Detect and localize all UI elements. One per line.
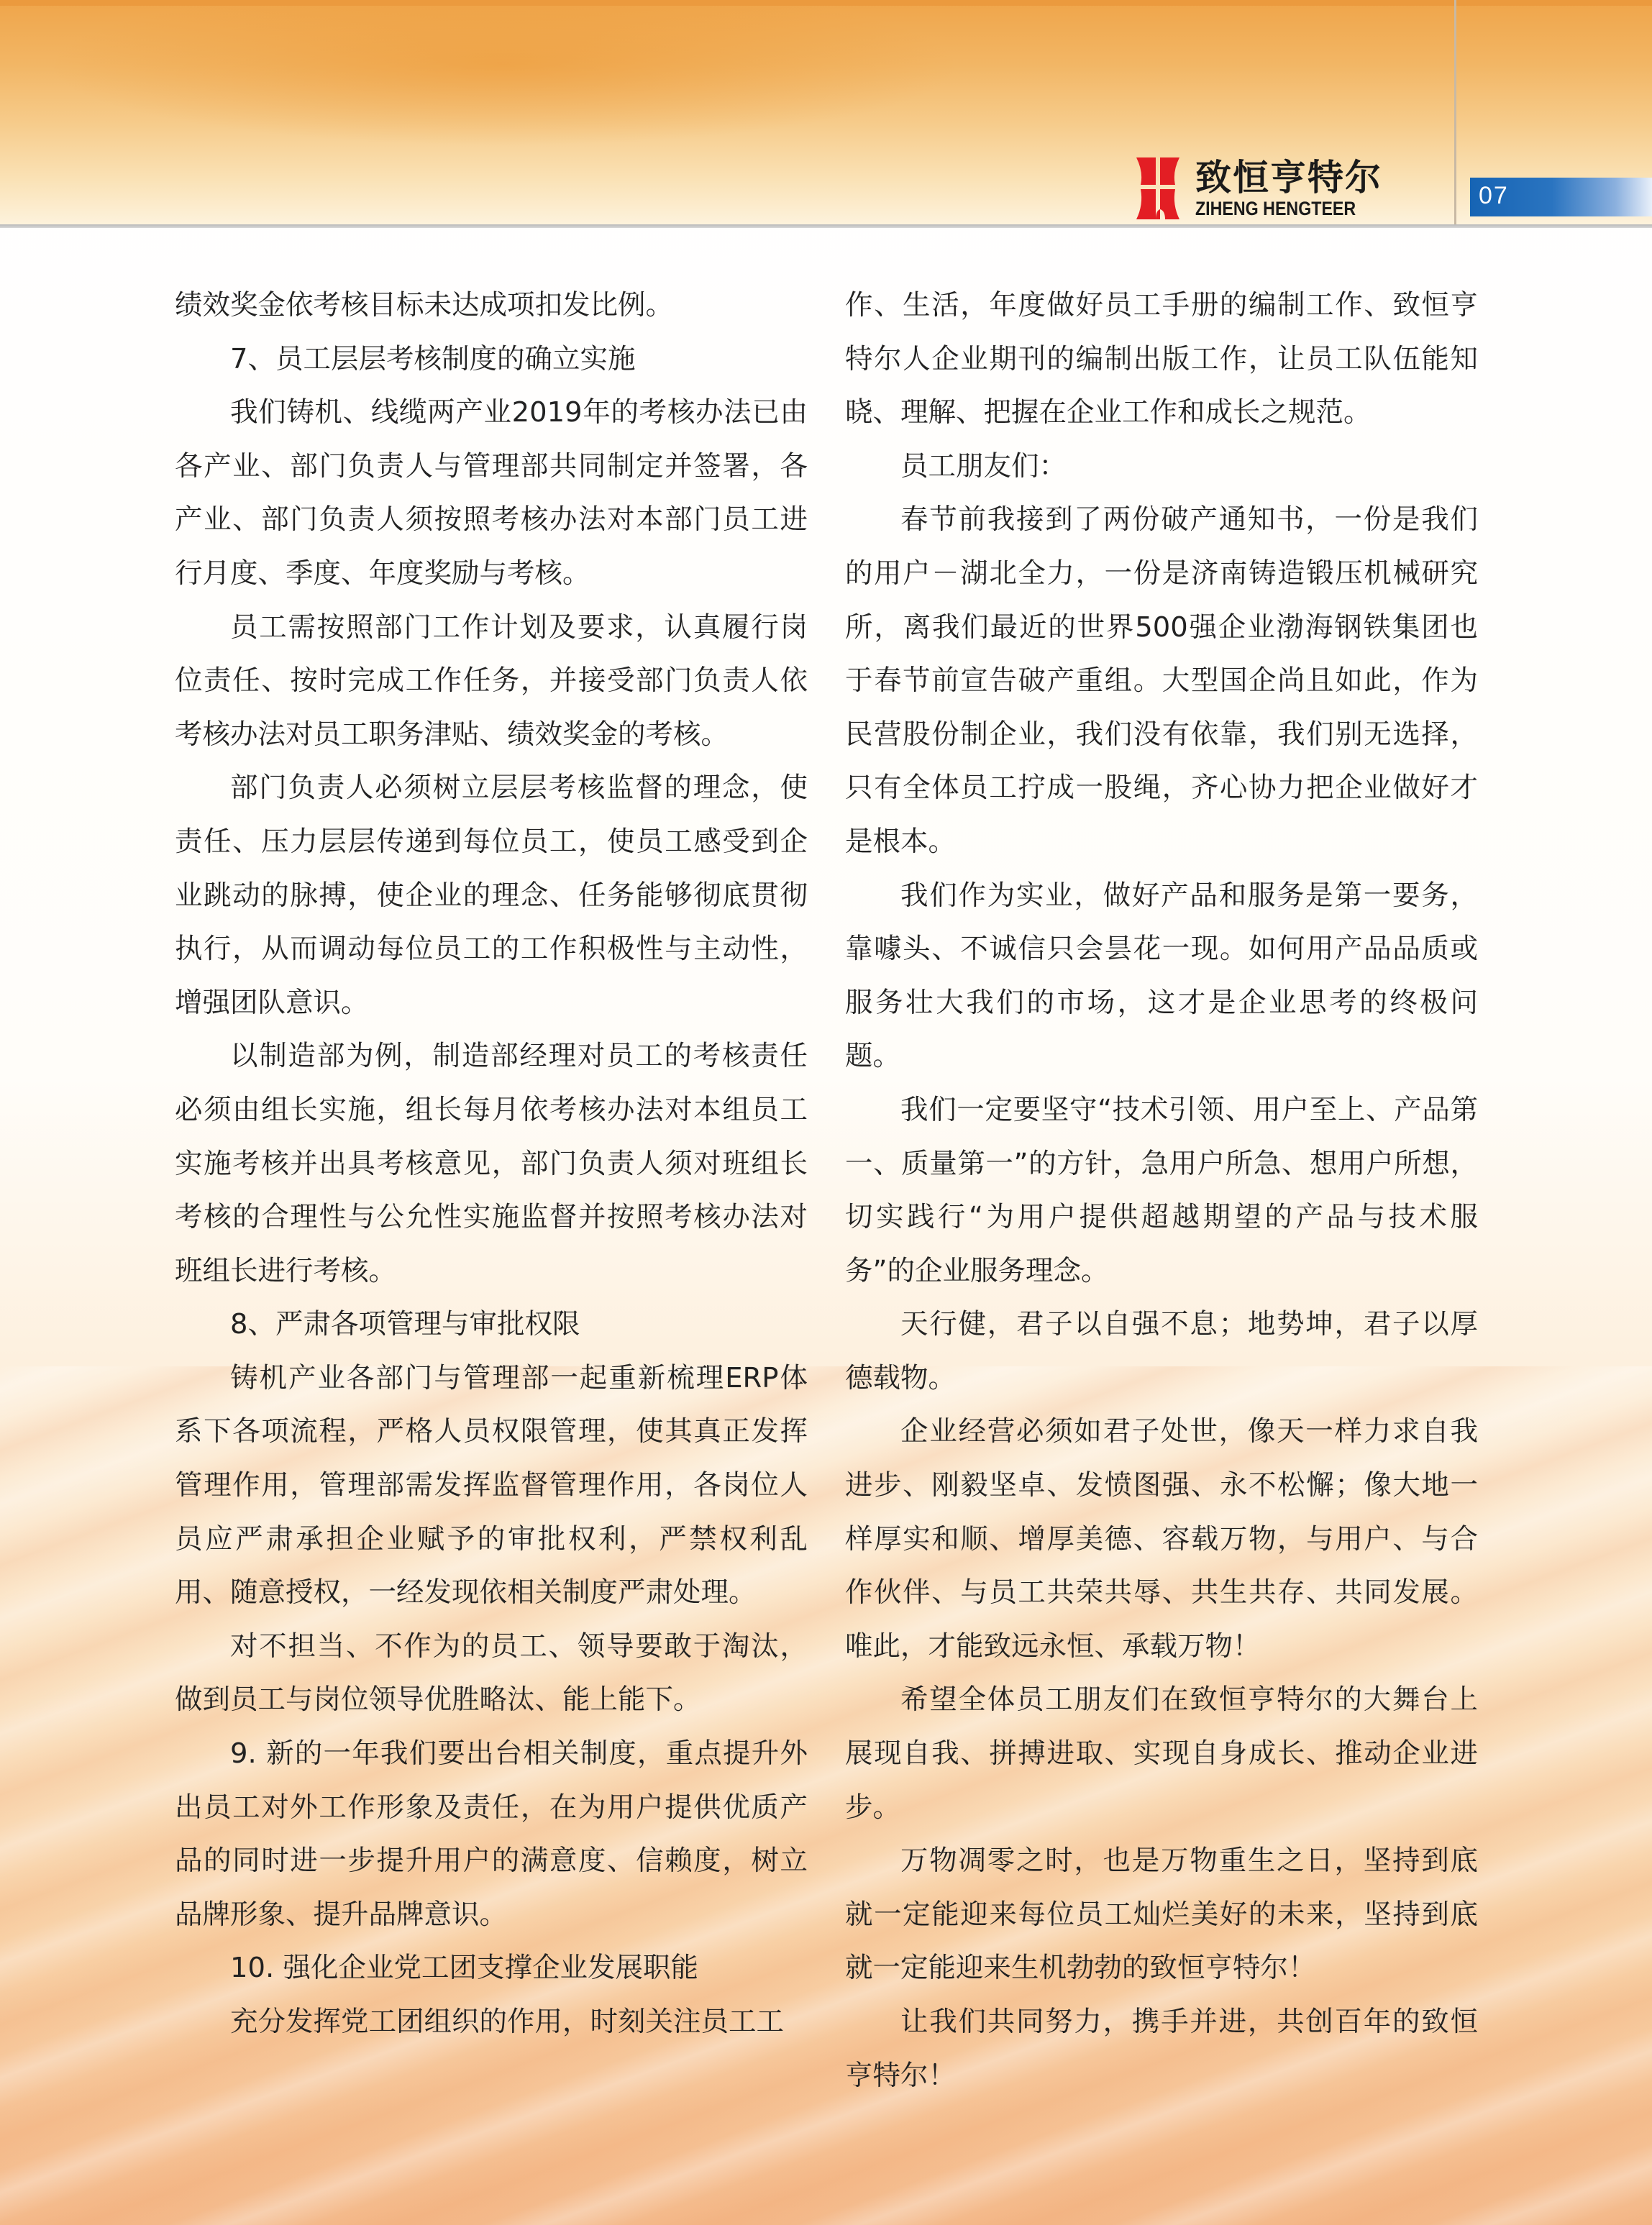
paragraph: 绩效奖金依考核目标未达成项扣发比例。 [175,279,808,333]
header-top-strip [0,0,1652,6]
paragraph: 我们作为实业，做好产品和服务是第一要务，靠噱头、不诚信只会昙花一现。如何用产品品… [845,869,1478,1084]
brand-name-en: ZIHENG HENGTEER [1195,198,1356,219]
paragraph: 天行健，君子以自强不息；地势坤，君子以厚德载物。 [845,1298,1478,1405]
header-band [0,0,1652,224]
page-number: 07 [1479,182,1509,210]
paragraph: 充分发挥党工团组织的作用，时刻关注员工工 [175,1996,808,2050]
paragraph: 作、生活，年度做好员工手册的编制工作、致恒亨特尔人企业期刊的编制出版工作，让员工… [845,279,1478,440]
left-column: 绩效奖金依考核目标未达成项扣发比例。 7、员工层层考核制度的确立实施 我们铸机、… [175,279,808,2050]
paragraph: 企业经营必须如君子处世，像天一样力求自我进步、刚毅坚卓、发愤图强、永不松懈；像大… [845,1405,1478,1673]
paragraph: 希望全体员工朋友们在致恒亨特尔的大舞台上展现自我、拼搏进取、实现自身成长、推动企… [845,1673,1478,1835]
paragraph: 我们一定要坚守“技术引领、用户至上、产品第一、质量第一”的方针，急用户所急、想用… [845,1084,1478,1298]
section-heading-10: 10. 强化企业党工团支撑企业发展职能 [175,1942,808,1996]
brand-mark-icon [1136,157,1179,219]
paragraph: 春节前我接到了两份破产通知书，一份是我们的用户－湖北全力，一份是济南铸造锻压机械… [845,493,1478,869]
section-item-9: 9. 新的一年我们要出台相关制度，重点提升外出员工对外工作形象及责任，在为用户提… [175,1727,808,1942]
header-divider [1454,0,1456,224]
paragraph: 员工需按照部门工作计划及要求，认真履行岗位责任、按时完成工作任务，并接受部门负责… [175,601,808,762]
paragraph: 我们铸机、线缆两产业2019年的考核办法已由各产业、部门负责人与管理部共同制定并… [175,386,808,600]
header-rule [0,224,1652,228]
paragraph: 以制造部为例，制造部经理对员工的考核责任必须由组长实施，组长每月依考核办法对本组… [175,1030,808,1298]
paragraph: 万物凋零之时，也是万物重生之日，坚持到底就一定能迎来每位员工灿烂美好的未来，坚持… [845,1835,1478,1996]
page-number-tab: 07 [1470,178,1652,216]
paragraph: 部门负责人必须树立层层考核监督的理念，使责任、压力层层传递到每位员工，使员工感受… [175,762,808,1030]
brand-logo: 致恒亨特尔 ZIHENG HENGTEER [1136,152,1382,224]
section-heading-8: 8、严肃各项管理与审批权限 [175,1298,808,1352]
closing-paragraph: 让我们共同努力，携手并进，共创百年的致恒亨特尔！ [845,1996,1478,2103]
paragraph: 对不担当、不作为的员工、领导要敢于淘汰，做到员工与岗位领导优胜略汰、能上能下。 [175,1620,808,1727]
section-heading-7: 7、员工层层考核制度的确立实施 [175,333,808,387]
right-column: 作、生活，年度做好员工手册的编制工作、致恒亨特尔人企业期刊的编制出版工作，让员工… [845,279,1478,2103]
paragraph: 铸机产业各部门与管理部一起重新梳理ERP体系下各项流程，严格人员权限管理，使其真… [175,1352,808,1620]
brand-name-cn: 致恒亨特尔 [1195,157,1382,198]
salutation: 员工朋友们： [845,440,1478,494]
